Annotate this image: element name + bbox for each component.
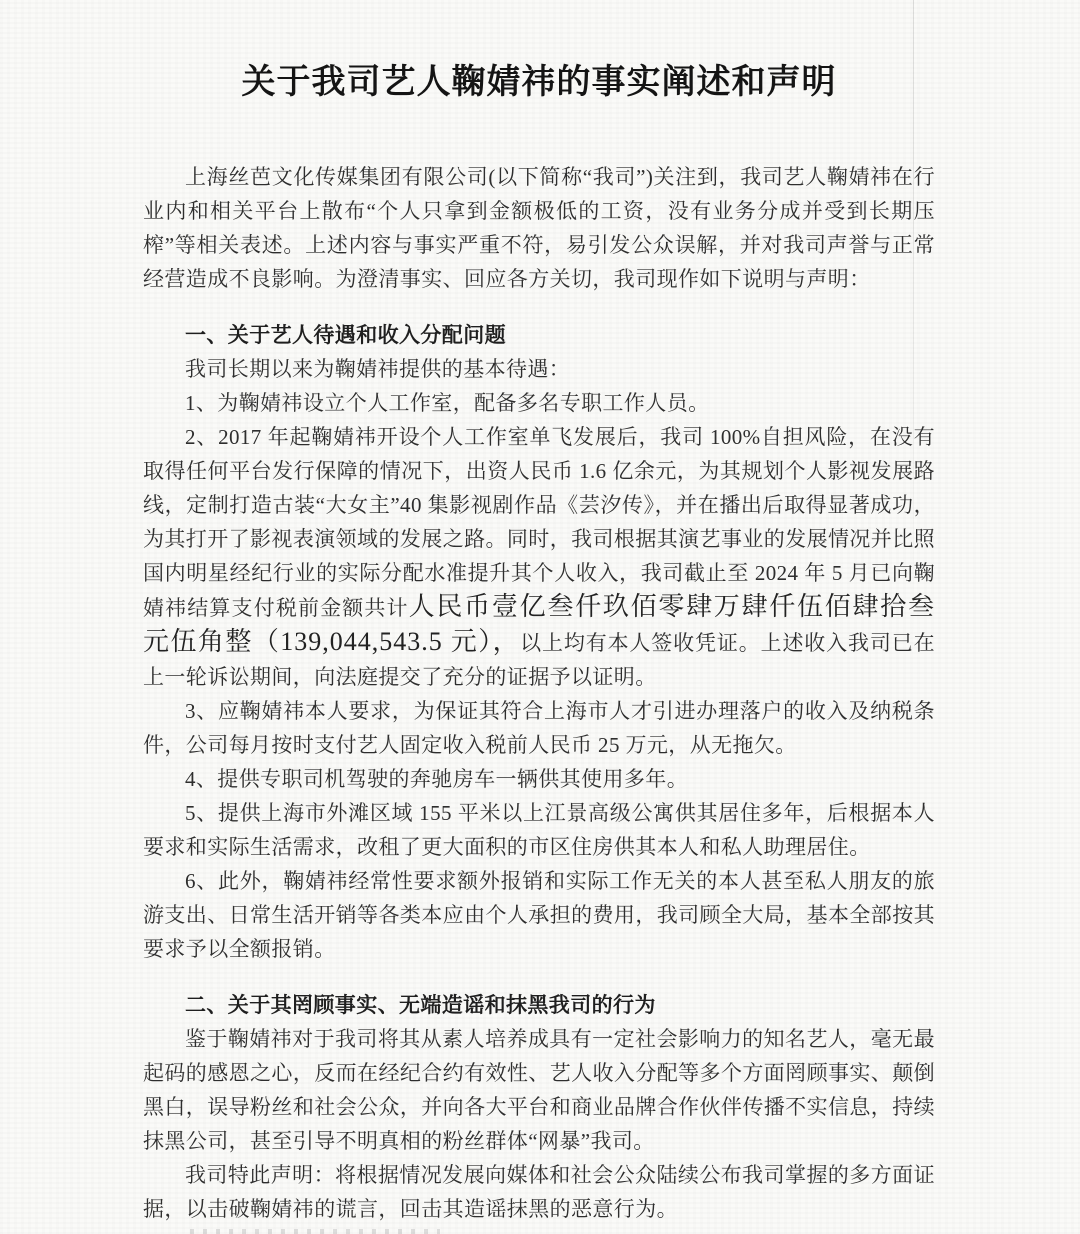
item2-text-before: 2、2017 年起鞠婧祎开设个人工作室单飞发展后，我司 100%自担风险，在没有… xyxy=(143,425,935,620)
next-line-cutoff-hint xyxy=(190,1229,440,1234)
document-title: 关于我司艺人鞠婧祎的事实阐述和声明 xyxy=(143,60,935,106)
section2-para1: 鉴于鞠婧祎对于我司将其从素人培养成具有一定社会影响力的知名艺人，毫无最起码的感恩… xyxy=(143,1022,935,1158)
section1-heading: 一、关于艺人待遇和收入分配问题 xyxy=(143,318,935,352)
section2-heading: 二、关于其罔顾事实、无端造谣和抹黑我司的行为 xyxy=(143,988,935,1022)
section1-item3: 3、应鞠婧祎本人要求，为保证其符合上海市人才引进办理落户的收入及纳税条件，公司每… xyxy=(143,694,935,762)
section1-item2: 2、2017 年起鞠婧祎开设个人工作室单飞发展后，我司 100%自担风险，在没有… xyxy=(143,420,935,694)
intro-paragraph: 上海丝芭文化传媒集团有限公司(以下简称“我司”)关注到，我司艺人鞠婧祎在行业内和… xyxy=(143,160,935,296)
section1-lead: 我司长期以来为鞠婧祎提供的基本待遇： xyxy=(143,352,935,386)
section2-para2: 我司特此声明：将根据情况发展向媒体和社会公众陆续公布我司掌握的多方面证据，以击破… xyxy=(143,1158,935,1226)
section1-item6: 6、此外，鞠婧祎经常性要求额外报销和实际工作无关的本人甚至私人朋友的旅游支出、日… xyxy=(143,864,935,966)
section1-item4: 4、提供专职司机驾驶的奔驰房车一辆供其使用多年。 xyxy=(143,762,935,796)
section1-item5: 5、提供上海市外滩区域 155 平米以上江景高级公寓供其居住多年，后根据本人要求… xyxy=(143,796,935,864)
scanned-document-page: 关于我司艺人鞠婧祎的事实阐述和声明 上海丝芭文化传媒集团有限公司(以下简称“我司… xyxy=(0,0,1080,1234)
section1-item1: 1、为鞠婧祎设立个人工作室，配备多名专职工作人员。 xyxy=(143,386,935,420)
